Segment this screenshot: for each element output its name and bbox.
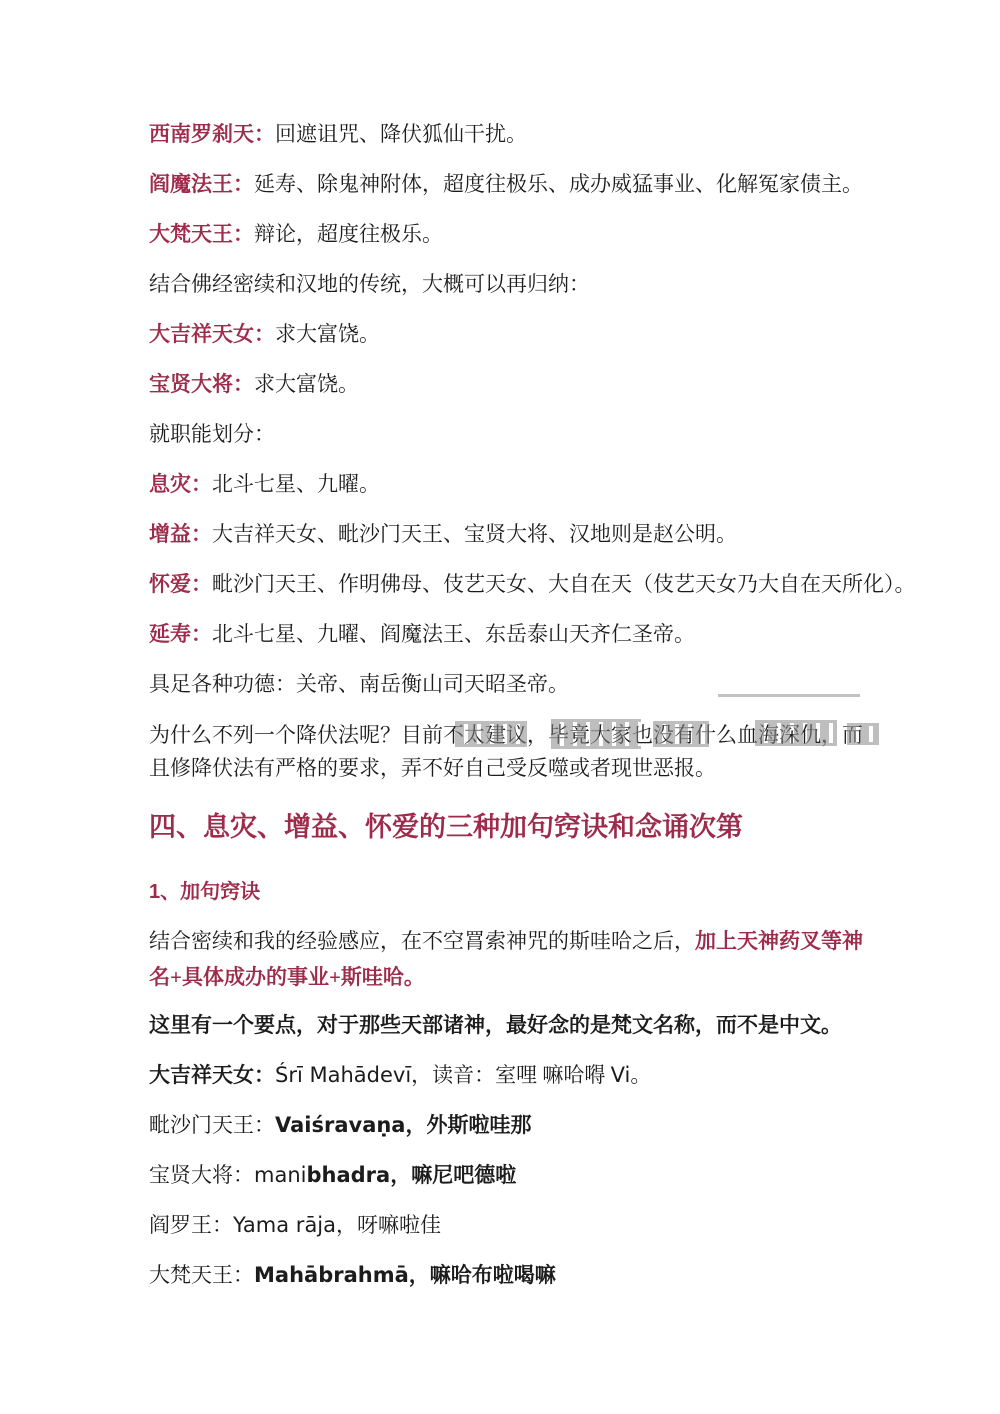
sanskrit-label: 阎罗王： <box>149 1213 233 1237</box>
deity-label: 大吉祥天女： <box>149 322 275 346</box>
section-heading: 四、息灾、增益、怀爱的三种加句窍诀和念诵次第 <box>149 809 863 845</box>
sanskrit-label: 宝贤大将： <box>149 1163 254 1187</box>
merit-line: 具足各种功德：关帝、南岳衡山司天昭圣帝。 <box>149 669 863 699</box>
wealth-role-line: 大吉祥天女：求大富饶。 <box>149 319 863 349</box>
sanskrit-tail: ，嘛尼吧德啦 <box>390 1163 516 1187</box>
sanskrit-latin-plain: mani <box>254 1163 306 1187</box>
sanskrit-tail: 。 <box>630 1063 651 1087</box>
sanskrit-name-line: 阎罗王：Yama rāja，呀嘛啦佳 <box>149 1210 863 1240</box>
sanskrit-latin: Yama rāja <box>233 1213 336 1237</box>
deity-text: 辩论，超度往极乐。 <box>254 222 443 246</box>
sanskrit-label: 大吉祥天女： <box>149 1063 275 1087</box>
document-content: 西南罗刹天：回遮诅咒、降伏狐仙干扰。 阎魔法王：延寿、除鬼神附体，超度往极乐、成… <box>149 119 863 1290</box>
deity-role-line: 阎魔法王：延寿、除鬼神附体，超度往极乐、成办威猛事业、化解冤家债主。 <box>149 169 863 199</box>
sanskrit-latin: Vaiśravaṇa <box>275 1113 405 1137</box>
sanskrit-name-line: 大吉祥天女：Śrī Mahādevī，读音：室哩 嘛哈嘚 Vi。 <box>149 1060 863 1090</box>
deity-text: 求大富饶。 <box>254 372 359 396</box>
sanskrit-name-line: 大梵天王：Mahābrahmā，嘛哈布啦喝嘛 <box>149 1260 863 1290</box>
deity-label: 宝贤大将： <box>149 372 254 396</box>
function-text: 大吉祥天女、毗沙门天王、宝贤大将、汉地则是赵公明。 <box>212 522 737 546</box>
deity-role-line: 西南罗刹天：回遮诅咒、降伏狐仙干扰。 <box>149 119 863 149</box>
deity-role-line: 大梵天王：辩论，超度往极乐。 <box>149 219 863 249</box>
method-paragraph: 结合密续和我的经验感应，在不空罥索神咒的斯哇哈之后，加上天神药叉等神名+具体成办… <box>149 923 863 995</box>
function-label: 延寿： <box>149 622 212 646</box>
function-label: 怀爱： <box>149 572 212 596</box>
function-role-line: 怀爱：毗沙门天王、作明佛母、伎艺天女、大自在天（伎艺天女乃大自在天所化）。 <box>149 569 863 599</box>
deity-text: 回遮诅咒、降伏狐仙干扰。 <box>275 122 527 146</box>
keypoint-line: 这里有一个要点，对于那些天部诸神，最好念的是梵文名称，而不是中文。 <box>149 1010 863 1040</box>
sanskrit-tail: ，嘛哈布啦喝嘛 <box>409 1263 556 1287</box>
sanskrit-label: 大梵天王： <box>149 1263 254 1287</box>
deity-label: 大梵天王： <box>149 222 254 246</box>
document-page: 西南罗刹天：回遮诅咒、降伏狐仙干扰。 阎魔法王：延寿、除鬼神附体，超度往极乐、成… <box>0 0 1000 1414</box>
sanskrit-name-line: 毗沙门天王：Vaiśravaṇa，外斯啦哇那 <box>149 1110 863 1140</box>
method-black-text: 结合密续和我的经验感应，在不空罥索神咒的斯哇哈之后， <box>149 929 695 953</box>
deity-label: 阎魔法王： <box>149 172 254 196</box>
sanskrit-label: 毗沙门天王： <box>149 1113 275 1137</box>
division-line: 就职能划分： <box>149 419 863 449</box>
deity-label: 西南罗刹天： <box>149 122 275 146</box>
sanskrit-name-line: 宝贤大将：manibhadra，嘛尼吧德啦 <box>149 1160 863 1190</box>
function-label: 增益： <box>149 522 212 546</box>
why-text: 为什么不列一个降伏法呢？目前不太建议，毕竟大家也没有什么血海深仇，而且修降伏法有… <box>149 723 863 780</box>
function-text: 北斗七星、九曜。 <box>212 472 380 496</box>
function-role-line: 延寿：北斗七星、九曜、阎魔法王、东岳泰山天齐仁圣帝。 <box>149 619 863 649</box>
sanskrit-latin: Śrī Mahādevī <box>275 1063 411 1087</box>
sanskrit-tail: ，呀嘛啦佳 <box>336 1213 441 1237</box>
sanskrit-latin: Mahābrahmā <box>254 1263 409 1287</box>
function-role-line: 增益：大吉祥天女、毗沙门天王、宝贤大将、汉地则是赵公明。 <box>149 519 863 549</box>
why-paragraph: 为什么不列一个降伏法呢？目前不太建议，毕竟大家也没有什么血海深仇，而且修降伏法有… <box>149 719 863 785</box>
sanskrit-latin: bhadra <box>306 1163 390 1187</box>
function-label: 息灾： <box>149 472 212 496</box>
function-text: 北斗七星、九曜、阎魔法王、东岳泰山天齐仁圣帝。 <box>212 622 695 646</box>
summary-line: 结合佛经密续和汉地的传统，大概可以再归纳： <box>149 269 863 299</box>
sanskrit-latin: Vi <box>611 1063 631 1087</box>
wealth-role-line: 宝贤大将：求大富饶。 <box>149 369 863 399</box>
sanskrit-mid: ，读音：室哩 嘛哈嘚 <box>411 1063 611 1087</box>
sub-heading: 1、加句窍诀 <box>149 879 863 905</box>
merit-text: 具足各种功德：关帝、南岳衡山司天昭圣帝。 <box>149 672 569 696</box>
function-role-line: 息灾：北斗七星、九曜。 <box>149 469 863 499</box>
deity-text: 延寿、除鬼神附体，超度往极乐、成办威猛事业、化解冤家债主。 <box>254 172 863 196</box>
sanskrit-tail: ，外斯啦哇那 <box>405 1113 531 1137</box>
deity-text: 求大富饶。 <box>275 322 380 346</box>
function-text: 毗沙门天王、作明佛母、伎艺天女、大自在天（伎艺天女乃大自在天所化）。 <box>212 572 916 596</box>
watermark-underline <box>718 694 860 697</box>
